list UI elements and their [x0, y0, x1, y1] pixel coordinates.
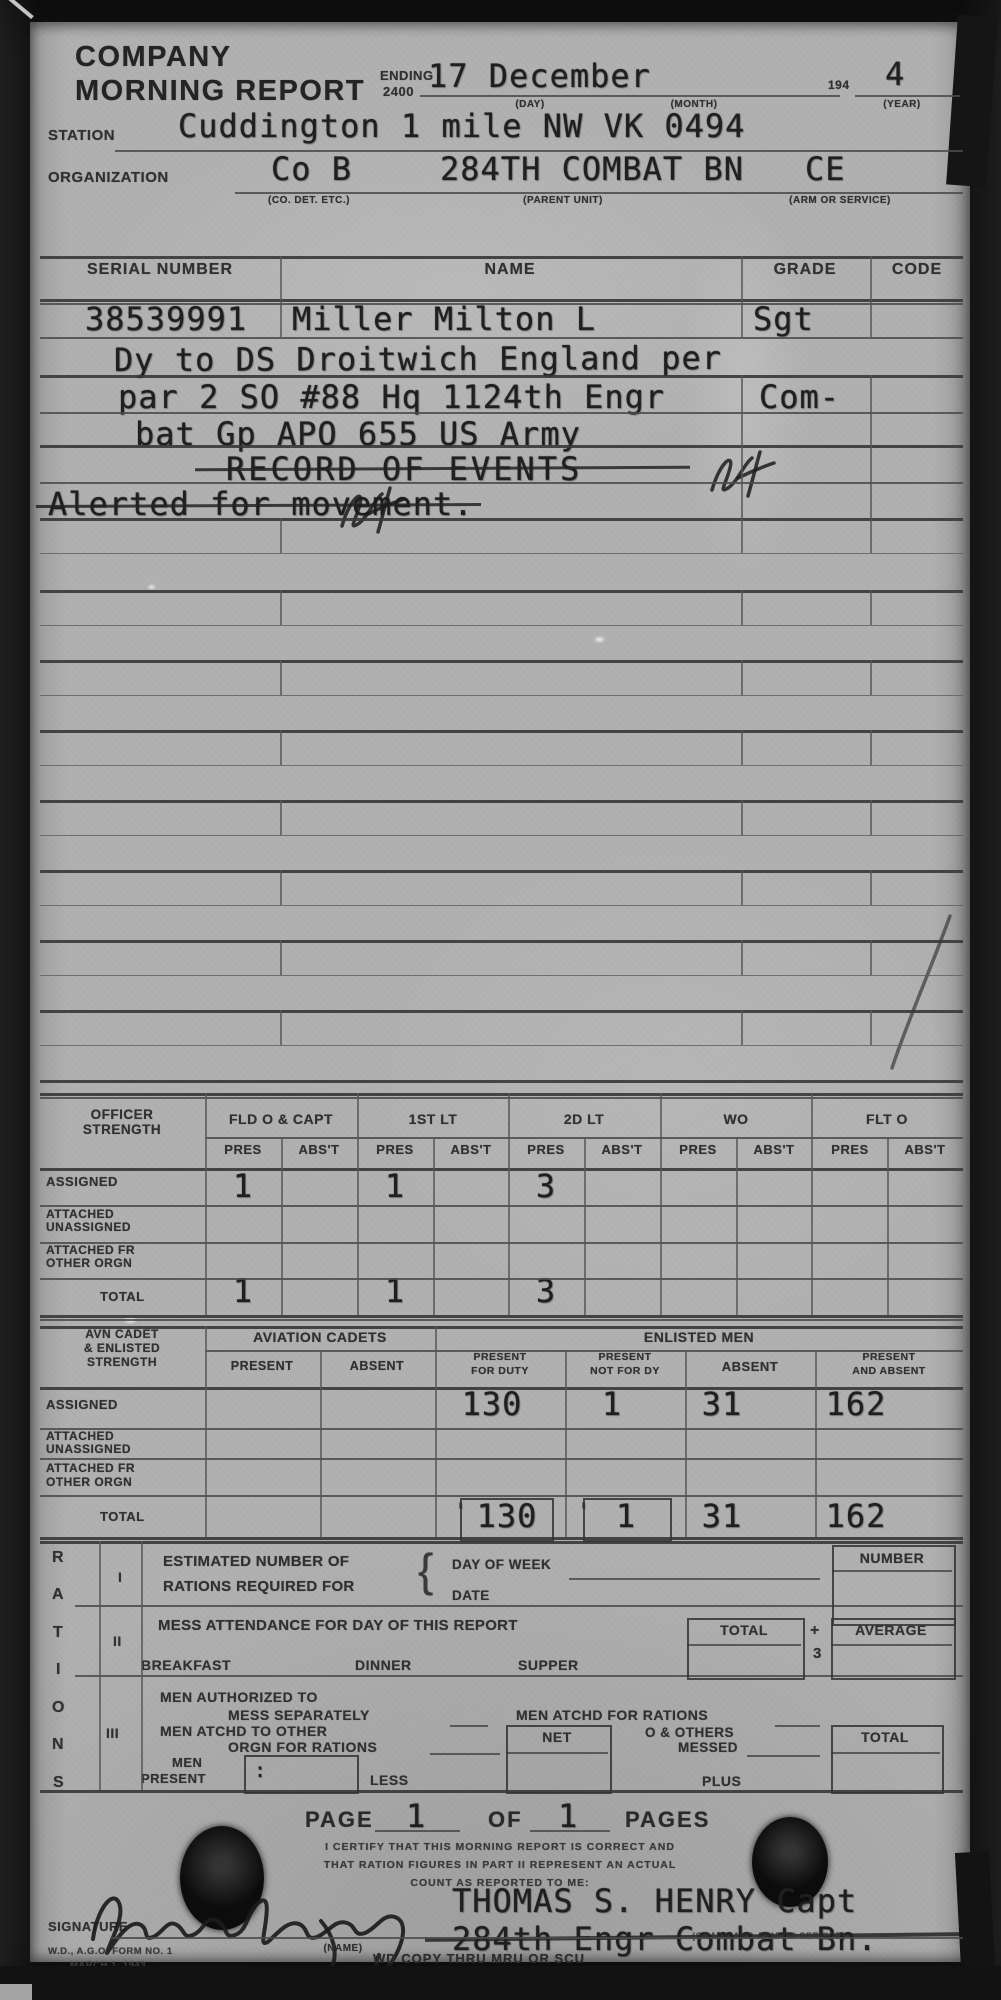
page-label: PAGE	[305, 1808, 374, 1831]
men-authorized-1: MEN AUTHORIZED TO	[160, 1690, 318, 1705]
enlisted-row-attachedfr-1: ATTACHED FR	[46, 1462, 135, 1475]
rule-horizontal	[40, 1495, 963, 1497]
form-box	[583, 1498, 672, 1542]
rule-horizontal	[40, 1428, 963, 1430]
organization-parent-value: 284TH COMBAT BN	[440, 153, 744, 185]
photo-corner-sliver	[0, 1984, 32, 2000]
rule-vertical	[565, 1350, 567, 1537]
rule-vertical	[685, 1350, 687, 1537]
pencil-slash-mark	[880, 910, 960, 1075]
plus-label: PLUS	[702, 1774, 741, 1789]
copy-routing-note: WD COPY THRU MRU OR SCU	[373, 1952, 585, 1966]
rule-horizontal	[40, 870, 963, 873]
avn-col-absent: ABSENT	[350, 1360, 404, 1373]
col-grade: GRADE	[774, 262, 837, 279]
officer-group-2d-lt: 2D LT	[564, 1112, 604, 1127]
ending-label: ENDING	[380, 69, 434, 83]
report-date-value: 17 December	[428, 60, 651, 92]
rule-horizontal	[40, 1315, 963, 1318]
less-label: LESS	[370, 1773, 409, 1788]
men-authorized-2: MESS SEPARATELY	[228, 1708, 370, 1723]
rule-horizontal	[40, 445, 963, 448]
sub-pres-1: PRES	[224, 1143, 261, 1157]
form-box	[831, 1725, 944, 1794]
rule-vertical	[870, 870, 872, 905]
rule-horizontal	[40, 1278, 963, 1280]
rations-letter-o: O	[52, 1700, 65, 1717]
em-col-pnfd-2: NOT FOR DY	[590, 1366, 660, 1377]
sub-abst-3: ABS'T	[602, 1143, 643, 1157]
organization-arm-value: CE	[805, 153, 846, 185]
morning-report-form: COMPANY MORNING REPORT ENDING 2400 17 De…	[30, 22, 970, 1962]
col-name: NAME	[484, 262, 535, 279]
rule-vertical	[870, 800, 872, 835]
rule-horizontal	[205, 1350, 963, 1352]
name-hint: (NAME)	[323, 1944, 362, 1955]
rule-horizontal	[430, 1753, 500, 1755]
scanned-photo-background: COMPANY MORNING REPORT ENDING 2400 17 De…	[0, 0, 1001, 2000]
scan-speck	[148, 585, 155, 589]
rule-vertical	[280, 940, 282, 975]
rule-vertical	[280, 590, 282, 625]
rule-horizontal	[40, 412, 963, 414]
breakfast-label: BREAKFAST	[141, 1658, 231, 1673]
form-box	[831, 1618, 956, 1680]
section-i-numeral: I	[118, 1570, 122, 1585]
grade-value: Sgt	[753, 303, 814, 335]
group-enlisted-men: ENLISTED MEN	[644, 1330, 754, 1345]
rations-i-line2: RATIONS REQUIRED FOR	[163, 1579, 355, 1595]
rule-horizontal	[40, 1790, 963, 1793]
rule-horizontal	[40, 1093, 963, 1096]
rule-horizontal	[40, 1097, 963, 1099]
officer-strength-title-2: STRENGTH	[83, 1123, 161, 1137]
enlisted-row-attached-1: ATTACHED	[46, 1430, 114, 1443]
rations-letter-i: I	[56, 1662, 61, 1679]
date-label: DATE	[452, 1589, 490, 1603]
section-iii-numeral: III	[106, 1726, 119, 1741]
rule-horizontal	[775, 1725, 820, 1727]
officer-group-flt-o: FLT O	[866, 1112, 908, 1127]
rule-horizontal	[75, 1605, 963, 1607]
em-col-pfd-1: PRESENT	[473, 1352, 526, 1363]
enlisted-assigned-pa: 162	[826, 1388, 887, 1420]
rule-vertical	[870, 730, 872, 765]
rule-vertical	[741, 730, 743, 765]
certify-line-2: THAT RATION FIGURES IN PART II REPRESENT…	[324, 1860, 677, 1871]
rule-vertical	[141, 1541, 143, 1790]
rule-horizontal	[40, 337, 963, 339]
avn-col-present: PRESENT	[231, 1360, 294, 1373]
page-title-line1: COMPANY	[75, 42, 232, 72]
men-atchd-other-1: MEN ATCHD TO OTHER	[160, 1724, 327, 1739]
organization-unit-value: Co B	[271, 153, 352, 185]
rule-vertical	[741, 660, 743, 695]
pages-label: PAGES	[625, 1808, 710, 1831]
rule-vertical	[99, 1541, 101, 1790]
officer-row-attached-1: ATTACHED	[46, 1208, 114, 1221]
photo-bottom-band	[0, 1966, 1001, 2000]
parent-hint: (PARENT UNIT)	[523, 196, 603, 207]
page-title-line2: MORNING REPORT	[75, 76, 365, 106]
rule-horizontal	[40, 625, 963, 626]
year-label: (YEAR)	[883, 100, 920, 111]
rule-horizontal	[40, 765, 963, 766]
sub-abst-5: ABS'T	[905, 1143, 946, 1157]
rule-vertical	[870, 660, 872, 695]
rule-vertical	[741, 1010, 743, 1045]
rule-horizontal	[375, 1830, 460, 1832]
rule-vertical	[870, 1010, 872, 1045]
rule-vertical	[870, 590, 872, 625]
page-value: 1	[406, 1800, 426, 1832]
certify-line-1: I CERTIFY THAT THIS MORNING REPORT IS CO…	[325, 1842, 675, 1853]
form-box	[460, 1498, 554, 1542]
officer-assigned-1stlt-pres: 1	[385, 1170, 405, 1202]
officer-row-attachedfr-2: OTHER ORGN	[46, 1257, 132, 1270]
rule-horizontal	[40, 1319, 963, 1321]
rule-vertical	[660, 1093, 662, 1315]
station-value: Cuddington 1 mile NW VK 0494	[178, 110, 745, 142]
rule-vertical	[435, 1326, 437, 1537]
photo-edge-wedge-bottom-right	[955, 1851, 995, 1971]
em-col-pa-2: AND ABSENT	[852, 1366, 925, 1377]
rule-horizontal	[855, 95, 960, 97]
plus-sign: +	[810, 1623, 820, 1640]
rule-vertical	[811, 1093, 813, 1315]
pages-value: 1	[558, 1800, 578, 1832]
enlisted-assigned-pfd: 130	[462, 1388, 523, 1420]
rule-horizontal	[569, 1578, 820, 1580]
rations-i-line1: ESTIMATED NUMBER OF	[163, 1554, 349, 1570]
sub-pres-2: PRES	[376, 1143, 413, 1157]
remark-line-2: par 2 SO #88 Hq 1124th Engr	[118, 381, 665, 413]
form-box	[687, 1618, 805, 1680]
form-number: W.D., A.G.O. FORM NO. 1	[48, 1947, 173, 1957]
rations-letter-t: T	[53, 1625, 63, 1642]
rule-horizontal	[40, 905, 963, 906]
rule-vertical	[741, 375, 743, 518]
em-col-pfd-2: FOR DUTY	[471, 1366, 529, 1377]
officer-assigned-fldo-pres: 1	[233, 1170, 253, 1202]
rule-vertical	[281, 1137, 283, 1315]
rule-vertical	[870, 940, 872, 975]
officer-row-total: TOTAL	[100, 1290, 145, 1304]
rule-vertical	[870, 375, 872, 518]
rations-brace: {	[418, 1546, 434, 1594]
rule-vertical	[280, 730, 282, 765]
men-atchd-for-rations-label: MEN ATCHD FOR RATIONS	[516, 1708, 708, 1723]
enlisted-title-1: AVN CADET	[85, 1328, 159, 1341]
enlisted-row-attached-2: UNASSIGNED	[46, 1443, 131, 1456]
rule-horizontal	[40, 553, 963, 554]
enlisted-row-total: TOTAL	[100, 1510, 145, 1524]
of-label: OF	[488, 1808, 523, 1831]
o-and-others-1: O & OTHERS	[645, 1726, 734, 1740]
officer-group-fldo-capt: FLD O & CAPT	[229, 1112, 333, 1127]
rule-horizontal	[40, 1242, 963, 1244]
rule-horizontal	[235, 192, 963, 194]
rule-horizontal	[747, 1755, 820, 1757]
ending-value: 2400	[383, 85, 414, 99]
rule-horizontal	[40, 1205, 963, 1207]
rule-horizontal	[75, 1675, 963, 1677]
form-box	[832, 1545, 956, 1626]
rule-vertical	[741, 518, 743, 553]
rule-horizontal	[40, 299, 963, 302]
rule-vertical	[320, 1350, 322, 1537]
rule-vertical	[433, 1137, 435, 1315]
sub-pres-5: PRES	[831, 1143, 868, 1157]
rule-vertical	[741, 590, 743, 625]
rule-vertical	[887, 1137, 889, 1315]
enlisted-row-attachedfr-2: OTHER ORGN	[46, 1476, 132, 1489]
rule-horizontal	[40, 660, 963, 663]
section-ii-numeral: II	[113, 1634, 122, 1649]
rule-horizontal	[40, 256, 963, 259]
rule-horizontal	[530, 1830, 610, 1832]
rule-horizontal	[40, 835, 963, 836]
enlisted-assigned-pnfd: 1	[602, 1388, 622, 1420]
rule-vertical	[280, 870, 282, 905]
day-of-week-label: DAY OF WEEK	[452, 1558, 551, 1572]
sub-abst-2: ABS'T	[451, 1143, 492, 1157]
remark-line-2-cont: Com-	[759, 381, 840, 413]
em-col-pnfd-1: PRESENT	[598, 1352, 651, 1363]
sub-pres-3: PRES	[527, 1143, 564, 1157]
rule-horizontal	[40, 1387, 963, 1390]
rule-vertical	[280, 800, 282, 835]
arm-hint: (ARM OR SERVICE)	[789, 196, 891, 207]
form-box	[244, 1755, 359, 1794]
men-atchd-other-2: ORGN FOR RATIONS	[228, 1740, 377, 1755]
enlisted-total-pa: 162	[826, 1500, 887, 1532]
rule-horizontal	[40, 940, 963, 943]
rations-letter-a: A	[52, 1587, 64, 1604]
rule-horizontal	[40, 730, 963, 733]
rule-vertical	[280, 256, 282, 337]
serial-number-value: 38539991	[85, 303, 247, 335]
organization-label: ORGANIZATION	[48, 170, 169, 186]
rule-horizontal	[115, 150, 963, 152]
rule-horizontal	[40, 1080, 963, 1083]
rule-vertical	[280, 518, 282, 553]
rule-vertical	[205, 1093, 207, 1315]
rule-vertical	[741, 940, 743, 975]
rule-horizontal	[110, 1937, 963, 1939]
rule-horizontal	[40, 975, 963, 976]
rule-horizontal	[40, 695, 963, 696]
year-prefix: 194	[828, 79, 850, 92]
report-year-value: 4	[885, 58, 905, 90]
mess-attendance-label: MESS ATTENDANCE FOR DAY OF THIS REPORT	[158, 1618, 518, 1634]
col-serial-number: SERIAL NUMBER	[87, 262, 233, 279]
rule-vertical	[741, 256, 743, 337]
group-aviation-cadets: AVIATION CADETS	[253, 1330, 387, 1345]
officer-row-attached-2: UNASSIGNED	[46, 1221, 131, 1234]
divisor-3: 3	[813, 1646, 822, 1662]
officer-row-attachedfr-1: ATTACHED FR	[46, 1244, 135, 1257]
enlisted-assigned-absent: 31	[702, 1388, 743, 1420]
officer-group-1st-lt: 1ST LT	[409, 1112, 458, 1127]
em-col-absent: ABSENT	[722, 1360, 778, 1374]
sub-pres-4: PRES	[679, 1143, 716, 1157]
sub-abst-4: ABS'T	[754, 1143, 795, 1157]
rule-vertical	[741, 870, 743, 905]
col-code: CODE	[892, 262, 942, 279]
rule-horizontal	[40, 518, 963, 521]
rule-horizontal	[40, 1010, 963, 1013]
rule-vertical	[815, 1350, 817, 1537]
rule-vertical	[870, 256, 872, 337]
officer-row-assigned: ASSIGNED	[46, 1175, 118, 1189]
photo-scratch-mark	[8, 0, 34, 19]
rule-vertical	[205, 1326, 207, 1537]
rations-letter-r: R	[52, 1550, 64, 1567]
em-col-pa-1: PRESENT	[862, 1352, 915, 1363]
handwritten-initials-1	[698, 446, 793, 504]
enlisted-title-2: & ENLISTED	[84, 1342, 160, 1355]
rule-horizontal	[40, 482, 963, 484]
enlisted-title-3: STRENGTH	[87, 1356, 157, 1369]
photo-edge-wedge-top-right	[946, 15, 998, 187]
form-box	[506, 1725, 612, 1794]
rule-vertical	[584, 1137, 586, 1315]
men-present-1: MEN	[172, 1756, 202, 1770]
rule-vertical	[508, 1093, 510, 1315]
officer-group-wo: WO	[723, 1112, 748, 1127]
rule-horizontal	[40, 375, 963, 378]
rule-horizontal	[40, 1168, 963, 1171]
rule-horizontal	[450, 1725, 488, 1727]
rule-vertical	[357, 1093, 359, 1315]
rule-horizontal	[40, 800, 963, 803]
remark-line-1: Dy to DS Droitwich England per	[114, 342, 722, 376]
rule-horizontal	[40, 1045, 963, 1046]
rule-horizontal	[40, 303, 963, 305]
rule-vertical	[870, 518, 872, 553]
officer-assigned-2dlt-pres: 3	[536, 1170, 556, 1202]
officer-strength-title-1: OFFICER	[91, 1108, 154, 1122]
men-present-2: PRESENT	[141, 1772, 206, 1786]
scan-speck	[595, 637, 604, 642]
handwritten-initials-2	[330, 480, 425, 538]
station-label: STATION	[48, 128, 115, 144]
rations-letter-n: N	[52, 1737, 64, 1754]
rule-vertical	[280, 1010, 282, 1045]
rule-horizontal	[40, 590, 963, 593]
rule-horizontal	[40, 1326, 963, 1329]
soldier-name-value: Miller Milton L	[292, 303, 596, 335]
rule-horizontal	[420, 95, 840, 97]
rule-horizontal	[40, 1458, 963, 1460]
o-and-others-2: MESSED	[678, 1741, 738, 1755]
rule-vertical	[741, 800, 743, 835]
rule-vertical	[280, 660, 282, 695]
unit-hint: (CO. DET. ETC.)	[268, 196, 350, 207]
rule-vertical	[736, 1137, 738, 1315]
enlisted-row-assigned: ASSIGNED	[46, 1398, 118, 1412]
enlisted-total-absent: 31	[702, 1500, 743, 1532]
dinner-label: DINNER	[355, 1658, 412, 1673]
sub-abst-1: ABS'T	[299, 1143, 340, 1157]
certifying-officer-name: THOMAS S. HENRY Capt	[452, 1885, 857, 1917]
supper-label: SUPPER	[518, 1658, 579, 1673]
